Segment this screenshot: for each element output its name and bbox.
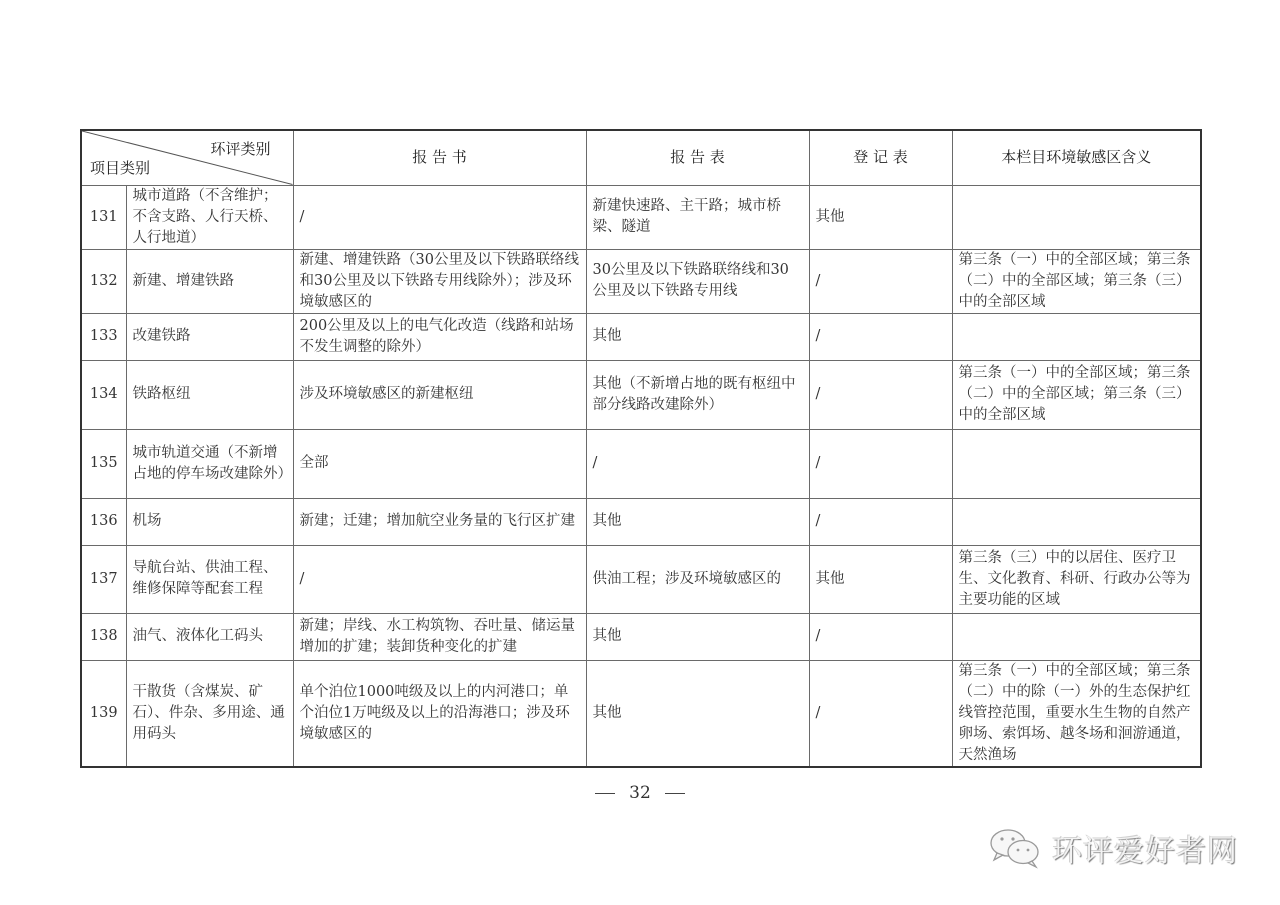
project-category: 铁路枢纽 bbox=[126, 360, 293, 429]
registration-form-cell: / bbox=[809, 360, 952, 429]
report-form-cell: 供油工程；涉及环境敏感区的 bbox=[586, 545, 809, 613]
table-row: 135 城市轨道交通（不新增占地的停车场改建除外） 全部 / / bbox=[81, 429, 1201, 498]
column-header-registration-form: 登 记 表 bbox=[809, 130, 952, 185]
table-row: 133 改建铁路 200公里及以上的电气化改造（线路和站场不发生调整的除外） 其… bbox=[81, 313, 1201, 360]
report-form-cell: 其他 bbox=[586, 498, 809, 545]
page-number-footer: 32 bbox=[0, 783, 1280, 803]
project-category: 改建铁路 bbox=[126, 313, 293, 360]
report-form-cell: 其他 bbox=[586, 313, 809, 360]
table-header-row: 环评类别 项目类别 报 告 书 报 告 表 登 记 表 本栏目环境敏感区含义 bbox=[81, 130, 1201, 185]
registration-form-cell: / bbox=[809, 249, 952, 313]
registration-form-cell: 其他 bbox=[809, 545, 952, 613]
table-row: 137 导航台站、供油工程、维修保障等配套工程 / 供油工程；涉及环境敏感区的 … bbox=[81, 545, 1201, 613]
sensitive-area-cell bbox=[952, 613, 1201, 660]
report-form-cell: 新建快速路、主干路；城市桥梁、隧道 bbox=[586, 185, 809, 249]
document-page: 环评类别 项目类别 报 告 书 报 告 表 登 记 表 本栏目环境敏感区含义 1… bbox=[0, 0, 1280, 905]
row-number: 135 bbox=[81, 429, 126, 498]
report-form-cell: 其他 bbox=[586, 660, 809, 767]
sensitive-area-cell: 第三条（一）中的全部区域；第三条（二）中的全部区域；第三条（三）中的全部区域 bbox=[952, 360, 1201, 429]
registration-form-cell: 其他 bbox=[809, 185, 952, 249]
project-category: 油气、液体化工码头 bbox=[126, 613, 293, 660]
row-number: 133 bbox=[81, 313, 126, 360]
report-book-cell: / bbox=[293, 185, 586, 249]
report-form-cell: 30公里及以下铁路联络线和30公里及以下铁路专用线 bbox=[586, 249, 809, 313]
row-number: 131 bbox=[81, 185, 126, 249]
sensitive-area-cell: 第三条（三）中的以居住、医疗卫生、文化教育、科研、行政办公等为主要功能的区域 bbox=[952, 545, 1201, 613]
watermark-text: 环评爱好者网 bbox=[1052, 826, 1238, 870]
eia-category-label: 环评类别 bbox=[210, 139, 270, 160]
right-dash bbox=[665, 793, 685, 794]
page-number: 32 bbox=[629, 783, 651, 803]
registration-form-cell: / bbox=[809, 498, 952, 545]
row-number: 138 bbox=[81, 613, 126, 660]
report-form-cell: 其他 bbox=[586, 613, 809, 660]
report-book-cell: 200公里及以上的电气化改造（线路和站场不发生调整的除外） bbox=[293, 313, 586, 360]
report-book-cell: / bbox=[293, 545, 586, 613]
column-header-report-form: 报 告 表 bbox=[586, 130, 809, 185]
table-row: 136 机场 新建；迁建；增加航空业务量的飞行区扩建 其他 / bbox=[81, 498, 1201, 545]
report-book-cell: 新建；岸线、水工构筑物、吞吐量、储运量增加的扩建；装卸货种变化的扩建 bbox=[293, 613, 586, 660]
left-dash bbox=[595, 793, 615, 794]
project-category: 导航台站、供油工程、维修保障等配套工程 bbox=[126, 545, 293, 613]
eia-classification-table: 环评类别 项目类别 报 告 书 报 告 表 登 记 表 本栏目环境敏感区含义 1… bbox=[80, 129, 1202, 768]
column-header-report-book: 报 告 书 bbox=[293, 130, 586, 185]
table-row: 138 油气、液体化工码头 新建；岸线、水工构筑物、吞吐量、储运量增加的扩建；装… bbox=[81, 613, 1201, 660]
sensitive-area-cell bbox=[952, 498, 1201, 545]
table-row: 134 铁路枢纽 涉及环境敏感区的新建枢纽 其他（不新增占地的既有枢纽中部分线路… bbox=[81, 360, 1201, 429]
sensitive-area-cell: 第三条（一）中的全部区域；第三条（二）中的全部区域；第三条（三）中的全部区域 bbox=[952, 249, 1201, 313]
report-form-cell: / bbox=[586, 429, 809, 498]
wechat-icon bbox=[988, 826, 1044, 870]
report-book-cell: 新建、增建铁路（30公里及以下铁路联络线和30公里及以下铁路专用线除外）；涉及环… bbox=[293, 249, 586, 313]
registration-form-cell: / bbox=[809, 429, 952, 498]
row-number: 139 bbox=[81, 660, 126, 767]
project-category-label: 项目类别 bbox=[90, 158, 150, 179]
registration-form-cell: / bbox=[809, 613, 952, 660]
project-category: 机场 bbox=[126, 498, 293, 545]
sensitive-area-cell bbox=[952, 429, 1201, 498]
report-book-cell: 涉及环境敏感区的新建枢纽 bbox=[293, 360, 586, 429]
row-number: 136 bbox=[81, 498, 126, 545]
table-row: 132 新建、增建铁路 新建、增建铁路（30公里及以下铁路联络线和30公里及以下… bbox=[81, 249, 1201, 313]
watermark: 环评爱好者网 bbox=[988, 826, 1238, 870]
diagonal-header-cell: 环评类别 项目类别 bbox=[81, 130, 293, 185]
project-category: 干散货（含煤炭、矿石）、件杂、多用途、通用码头 bbox=[126, 660, 293, 767]
report-book-cell: 单个泊位1000吨级及以上的内河港口；单个泊位1万吨级及以上的沿海港口；涉及环境… bbox=[293, 660, 586, 767]
report-form-cell: 其他（不新增占地的既有枢纽中部分线路改建除外） bbox=[586, 360, 809, 429]
sensitive-area-cell bbox=[952, 313, 1201, 360]
row-number: 137 bbox=[81, 545, 126, 613]
report-book-cell: 全部 bbox=[293, 429, 586, 498]
project-category: 城市道路（不含维护；不含支路、人行天桥、人行地道） bbox=[126, 185, 293, 249]
sensitive-area-cell bbox=[952, 185, 1201, 249]
table-row: 139 干散货（含煤炭、矿石）、件杂、多用途、通用码头 单个泊位1000吨级及以… bbox=[81, 660, 1201, 767]
table-row: 131 城市道路（不含维护；不含支路、人行天桥、人行地道） / 新建快速路、主干… bbox=[81, 185, 1201, 249]
project-category: 城市轨道交通（不新增占地的停车场改建除外） bbox=[126, 429, 293, 498]
column-header-sensitive-area: 本栏目环境敏感区含义 bbox=[952, 130, 1201, 185]
project-category: 新建、增建铁路 bbox=[126, 249, 293, 313]
row-number: 132 bbox=[81, 249, 126, 313]
registration-form-cell: / bbox=[809, 313, 952, 360]
report-book-cell: 新建；迁建；增加航空业务量的飞行区扩建 bbox=[293, 498, 586, 545]
sensitive-area-cell: 第三条（一）中的全部区域；第三条（二）中的除（一）外的生态保护红线管控范围，重要… bbox=[952, 660, 1201, 767]
row-number: 134 bbox=[81, 360, 126, 429]
registration-form-cell: / bbox=[809, 660, 952, 767]
